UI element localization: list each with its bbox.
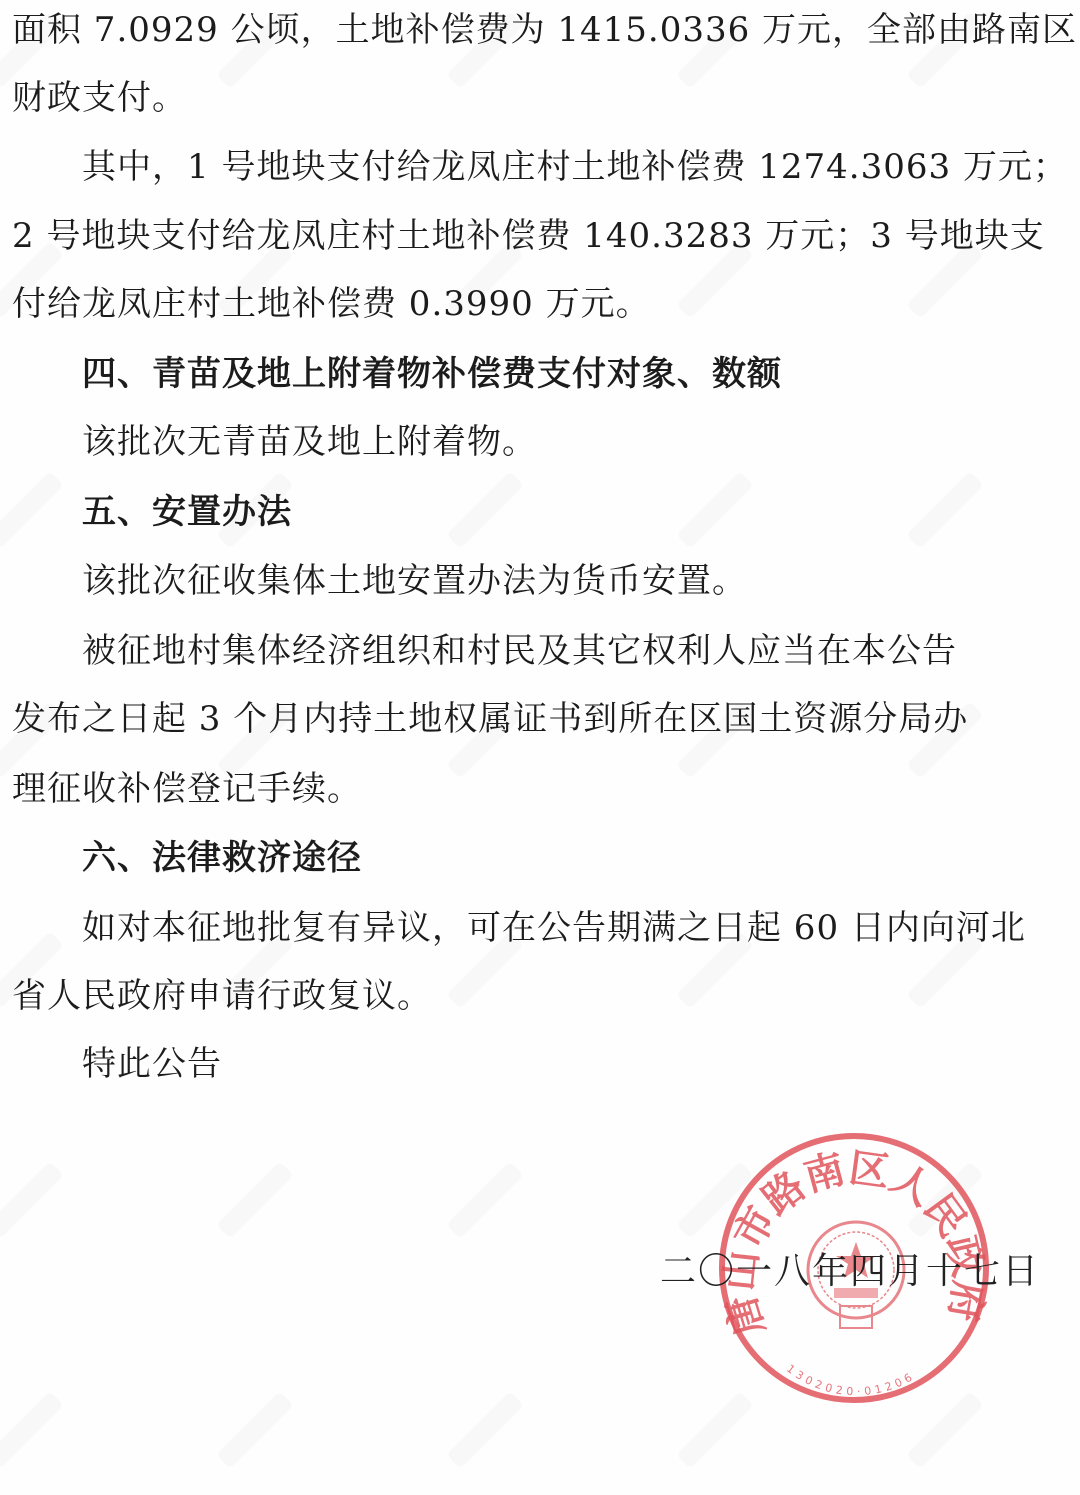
watermark-mark — [676, 471, 754, 549]
watermark-mark — [0, 1391, 64, 1469]
section-4-heading: 四、青苗及地上附着物补偿费支付对象、数额 — [82, 354, 782, 394]
section-6-heading: 六、法律救济途径 — [82, 838, 362, 878]
document-date: 二〇一八年四月十七日 — [660, 1251, 1040, 1293]
section-5-para2-line1: 被征地村集体经济组织和村民及其它权利人应当在本公告 — [82, 631, 957, 671]
watermark-mark — [446, 1161, 524, 1239]
section-5-heading: 五、安置办法 — [82, 492, 292, 532]
watermark-mark — [0, 1161, 64, 1239]
watermark-mark — [216, 1391, 294, 1469]
section-5-body: 该批次征收集体土地安置办法为货币安置。 — [82, 561, 747, 601]
text-line-5: 付给龙凤庄村土地补偿费 0.3990 万元。 — [12, 284, 651, 324]
watermark-mark — [446, 1391, 524, 1469]
text-line-1: 面积 7.0929 公顷，土地补偿费为 1415.0336 万元，全部由路南区 — [12, 10, 1077, 50]
watermark-mark — [216, 1161, 294, 1239]
section-6-body-line1: 如对本征地批复有异议，可在公告期满之日起 60 日内向河北 — [82, 908, 1026, 948]
section-4-body: 该批次无青苗及地上附着物。 — [82, 422, 537, 462]
section-5-para2-line2: 发布之日起 3 个月内持土地权属证书到所在区国土资源分局办 — [12, 699, 968, 739]
text-line-4: 2 号地块支付给龙凤庄村土地补偿费 140.3283 万元；3 号地块支 — [12, 216, 1045, 256]
watermark-mark — [906, 471, 984, 549]
watermark-mark — [446, 471, 524, 549]
section-6-body-line2: 省人民政府申请行政复议。 — [12, 976, 432, 1016]
text-line-2: 财政支付。 — [12, 78, 187, 118]
text-line-3: 其中，1 号地块支付给龙凤庄村土地补偿费 1274.3063 万元； — [82, 147, 1068, 187]
watermark-mark — [0, 471, 64, 549]
closing-text: 特此公告 — [82, 1044, 222, 1084]
section-5-para2-line3: 理征收补偿登记手续。 — [12, 769, 362, 809]
